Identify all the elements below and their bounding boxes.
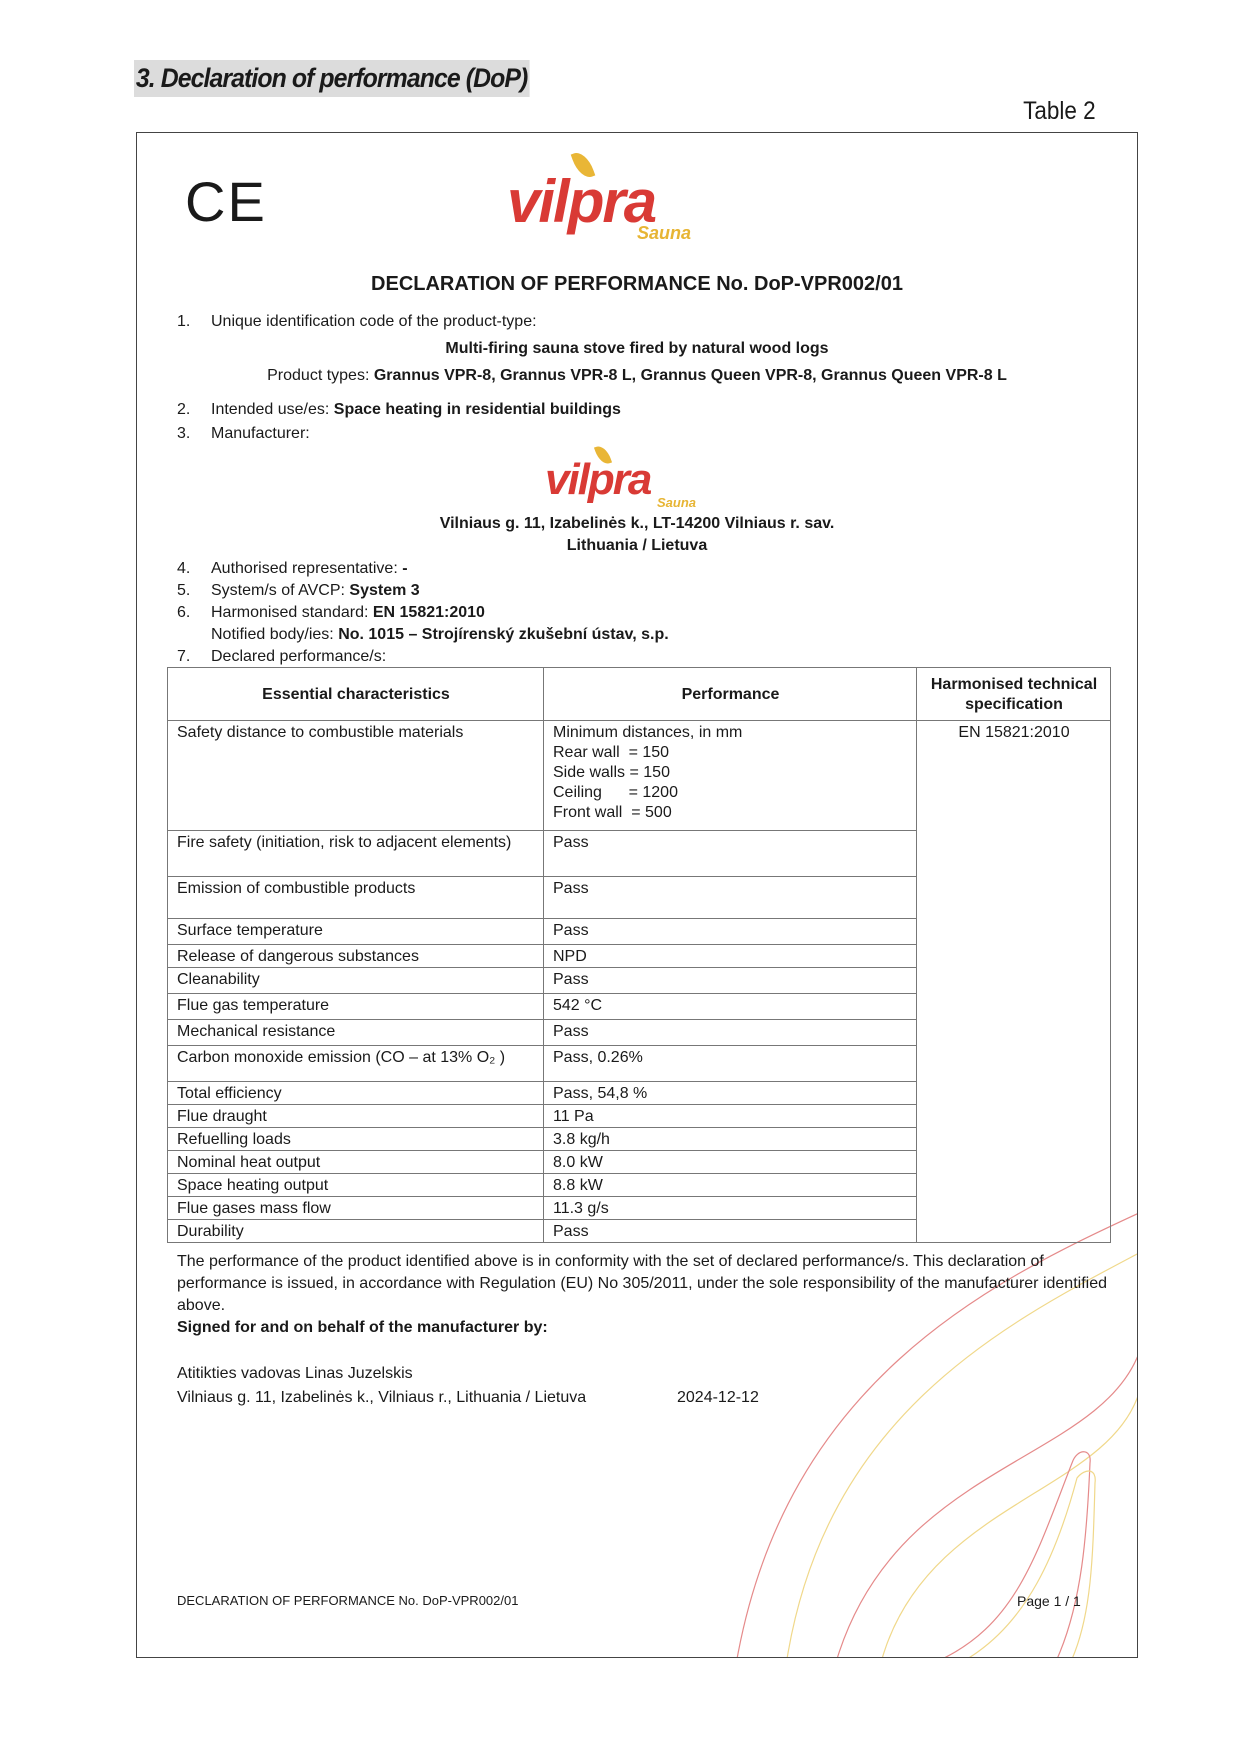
performance-cell: 8.8 kW xyxy=(544,1174,917,1197)
ce-mark-icon: CE xyxy=(185,169,267,234)
performance-value: 8.0 kW xyxy=(553,1153,908,1173)
performance-cell: Pass xyxy=(544,919,917,945)
manufacturer-address: Vilniaus g. 11, Izabelinės k., LT-14200 … xyxy=(137,515,1137,533)
characteristic-cell: Release of dangerous substances xyxy=(168,945,544,968)
document-title: DECLARATION OF PERFORMANCE No. DoP-VPR00… xyxy=(137,273,1137,296)
characteristic-cell: Space heating output xyxy=(168,1174,544,1197)
performance-cell: Pass xyxy=(544,831,917,877)
performance-value: Minimum distances, in mm xyxy=(553,723,908,743)
performance-cell: 542 °C xyxy=(544,994,917,1020)
characteristic-cell: Refuelling loads xyxy=(168,1128,544,1151)
performance-value: 3.8 kg/h xyxy=(553,1130,908,1150)
performance-cell: NPD xyxy=(544,945,917,968)
characteristic-cell: Mechanical resistance xyxy=(168,1020,544,1046)
performance-value: Pass xyxy=(553,1022,908,1042)
characteristic-cell: Durability xyxy=(168,1220,544,1243)
vilpra-logo: vilpra Sauna xyxy=(507,145,767,245)
characteristic-cell: Total efficiency xyxy=(168,1082,544,1105)
performance-value: Pass, 0.26% xyxy=(553,1048,908,1068)
signed-label: Signed for and on behalf of the manufact… xyxy=(177,1319,548,1337)
performance-value: Pass xyxy=(553,833,908,853)
characteristic-cell: Safety distance to combustible materials xyxy=(168,721,544,831)
characteristic-cell: Surface temperature xyxy=(168,919,544,945)
table-label: Table 2 xyxy=(1023,97,1096,126)
sign-date: 2024-12-12 xyxy=(677,1389,759,1407)
characteristic-cell: Flue draught xyxy=(168,1105,544,1128)
performance-cell: Pass xyxy=(544,968,917,994)
performance-value: Pass xyxy=(553,921,908,941)
performance-cell: 11.3 g/s xyxy=(544,1197,917,1220)
performance-table: Essential characteristics Performance Ha… xyxy=(167,667,1111,1243)
performance-value: Pass xyxy=(553,879,908,899)
characteristic-cell: Flue gas temperature xyxy=(168,994,544,1020)
performance-value: 542 °C xyxy=(553,996,908,1016)
product-name: Multi-firing sauna stove fired by natura… xyxy=(137,340,1137,358)
product-types: Product types: Grannus VPR-8, Grannus VP… xyxy=(137,367,1137,385)
manufacturer-country: Lithuania / Lietuva xyxy=(137,537,1137,555)
table-row: Safety distance to combustible materials… xyxy=(168,721,1111,831)
header-specification: Harmonised technical specification xyxy=(917,668,1111,721)
characteristic-cell: Nominal heat output xyxy=(168,1151,544,1174)
dop-document: CE vilpra Sauna DECLARATION OF PERFORMAN… xyxy=(136,132,1138,1658)
footer-page-number: Page 1 / 1 xyxy=(1017,1593,1081,1609)
performance-value: 11 Pa xyxy=(553,1107,908,1127)
performance-cell: Pass xyxy=(544,1220,917,1243)
performance-cell: 3.8 kg/h xyxy=(544,1128,917,1151)
signer-name: Atitikties vadovas Linas Juzelskis xyxy=(177,1365,413,1383)
footer-doc-ref: DECLARATION OF PERFORMANCE No. DoP-VPR00… xyxy=(177,1593,518,1608)
performance-value: 11.3 g/s xyxy=(553,1199,908,1219)
conformity-statement: The performance of the product identifie… xyxy=(177,1251,1107,1317)
performance-value: Pass xyxy=(553,1222,908,1242)
performance-cell: Minimum distances, in mmRear wall = 150S… xyxy=(544,721,917,831)
specification-cell: EN 15821:2010 xyxy=(917,721,1111,1243)
section-heading: 3. Declaration of performance (DoP) xyxy=(134,60,529,97)
performance-value: 8.8 kW xyxy=(553,1176,908,1196)
characteristic-cell: Carbon monoxide emission (CO – at 13% O₂… xyxy=(168,1046,544,1082)
characteristic-cell: Flue gases mass flow xyxy=(168,1197,544,1220)
characteristic-cell: Fire safety (initiation, risk to adjacen… xyxy=(168,831,544,877)
characteristic-cell: Cleanability xyxy=(168,968,544,994)
signer-address: Vilniaus g. 11, Izabelinės k., Vilniaus … xyxy=(177,1389,586,1407)
performance-cell: Pass xyxy=(544,1020,917,1046)
performance-value: Front wall = 500 xyxy=(553,803,908,823)
performance-value: Pass, 54,8 % xyxy=(553,1084,908,1104)
performance-value: NPD xyxy=(553,947,908,967)
performance-value: Pass xyxy=(553,970,908,990)
performance-cell: Pass, 54,8 % xyxy=(544,1082,917,1105)
characteristic-cell: Emission of combustible products xyxy=(168,877,544,919)
performance-cell: 11 Pa xyxy=(544,1105,917,1128)
performance-cell: 8.0 kW xyxy=(544,1151,917,1174)
performance-value: Rear wall = 150 xyxy=(553,743,908,763)
vilpra-logo-small: vilpra Sauna xyxy=(545,443,745,513)
performance-value: Ceiling = 1200 xyxy=(553,783,908,803)
header-performance: Performance xyxy=(544,668,917,721)
performance-value: Side walls = 150 xyxy=(553,763,908,783)
header-characteristics: Essential characteristics xyxy=(168,668,544,721)
performance-cell: Pass xyxy=(544,877,917,919)
performance-cell: Pass, 0.26% xyxy=(544,1046,917,1082)
